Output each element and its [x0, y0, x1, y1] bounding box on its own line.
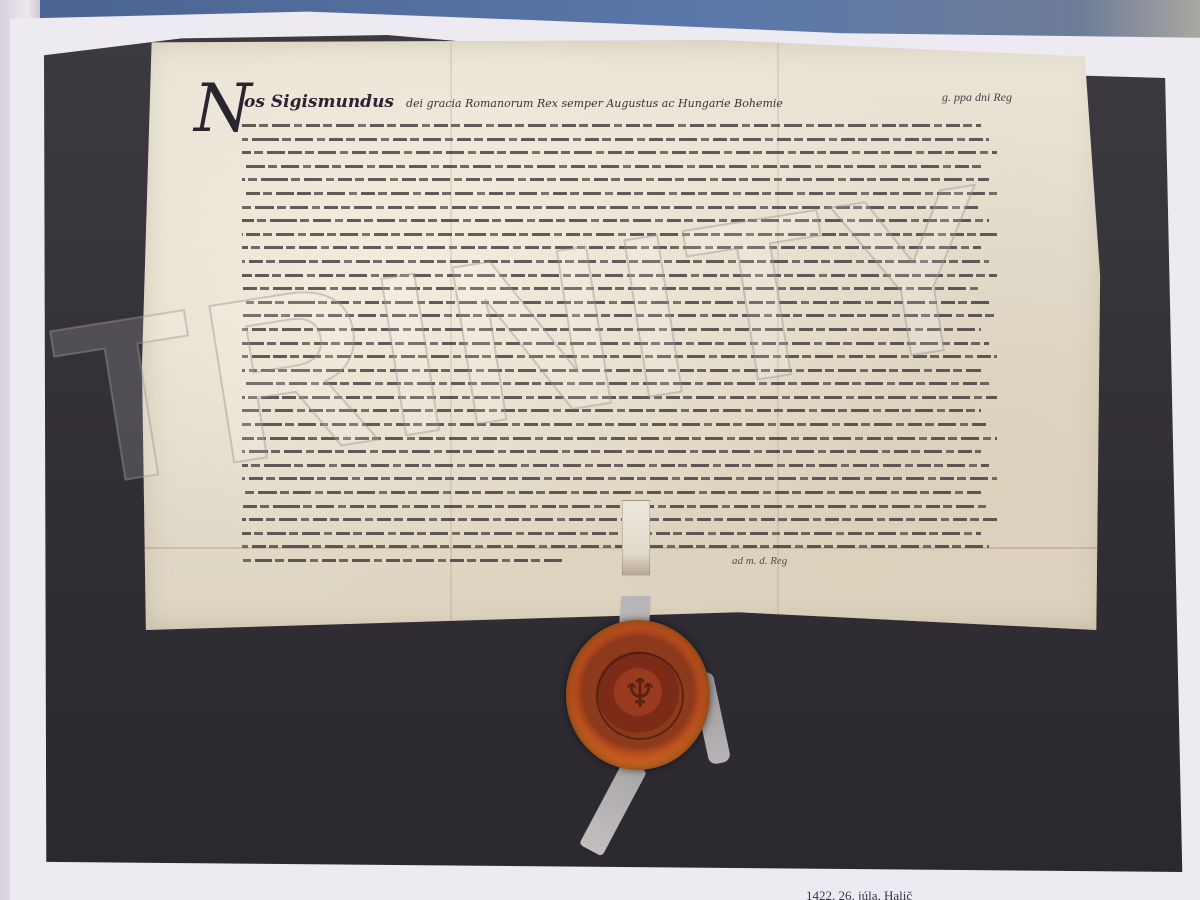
charter-opening-words: os Sigismundus: [244, 92, 394, 112]
script-line: [242, 539, 989, 553]
script-line: [242, 471, 997, 485]
script-line: [242, 145, 997, 159]
script-line: [242, 403, 981, 417]
script-line: [242, 376, 989, 390]
script-line: [242, 417, 989, 431]
script-line: [242, 159, 981, 173]
script-line: [242, 349, 997, 363]
seal-inner-ring: ♆: [596, 652, 684, 740]
script-line: [242, 390, 997, 404]
script-line: [242, 485, 981, 499]
script-line: [242, 431, 997, 445]
marginal-note: g. ppa dni Reg: [942, 90, 1012, 105]
script-line: [242, 254, 989, 268]
script-line: [242, 512, 997, 526]
script-line: [242, 200, 981, 214]
script-line: [242, 118, 981, 132]
parchment-tag: [622, 500, 650, 576]
eagle-icon: ♆: [598, 672, 682, 716]
script-line: [242, 186, 997, 200]
script-line: [242, 132, 989, 146]
script-line: [242, 172, 989, 186]
charter-opening-rest: dei gracia Romanorum Rex semper Augustus…: [406, 97, 783, 110]
page-caption: 1422, 26. júla, Halič: [806, 888, 912, 900]
script-line: [242, 444, 981, 458]
script-line: [242, 336, 989, 350]
script-line: [242, 499, 989, 513]
script-line: [242, 526, 981, 540]
script-line: [242, 268, 997, 282]
script-line: [242, 295, 989, 309]
wax-seal: ♆: [566, 620, 710, 770]
script-line: [242, 281, 981, 295]
script-line: [242, 458, 989, 472]
script-line: [242, 322, 981, 336]
chancery-note: ad m. d. Reg: [732, 555, 787, 567]
script-line: [242, 553, 565, 567]
script-line: [242, 308, 997, 322]
script-line: [242, 213, 989, 227]
script-line: [242, 227, 997, 241]
script-line: [242, 363, 981, 377]
charter-opening: os Sigismundus dei gracia Romanorum Rex …: [244, 92, 783, 112]
script-line: [242, 240, 981, 254]
